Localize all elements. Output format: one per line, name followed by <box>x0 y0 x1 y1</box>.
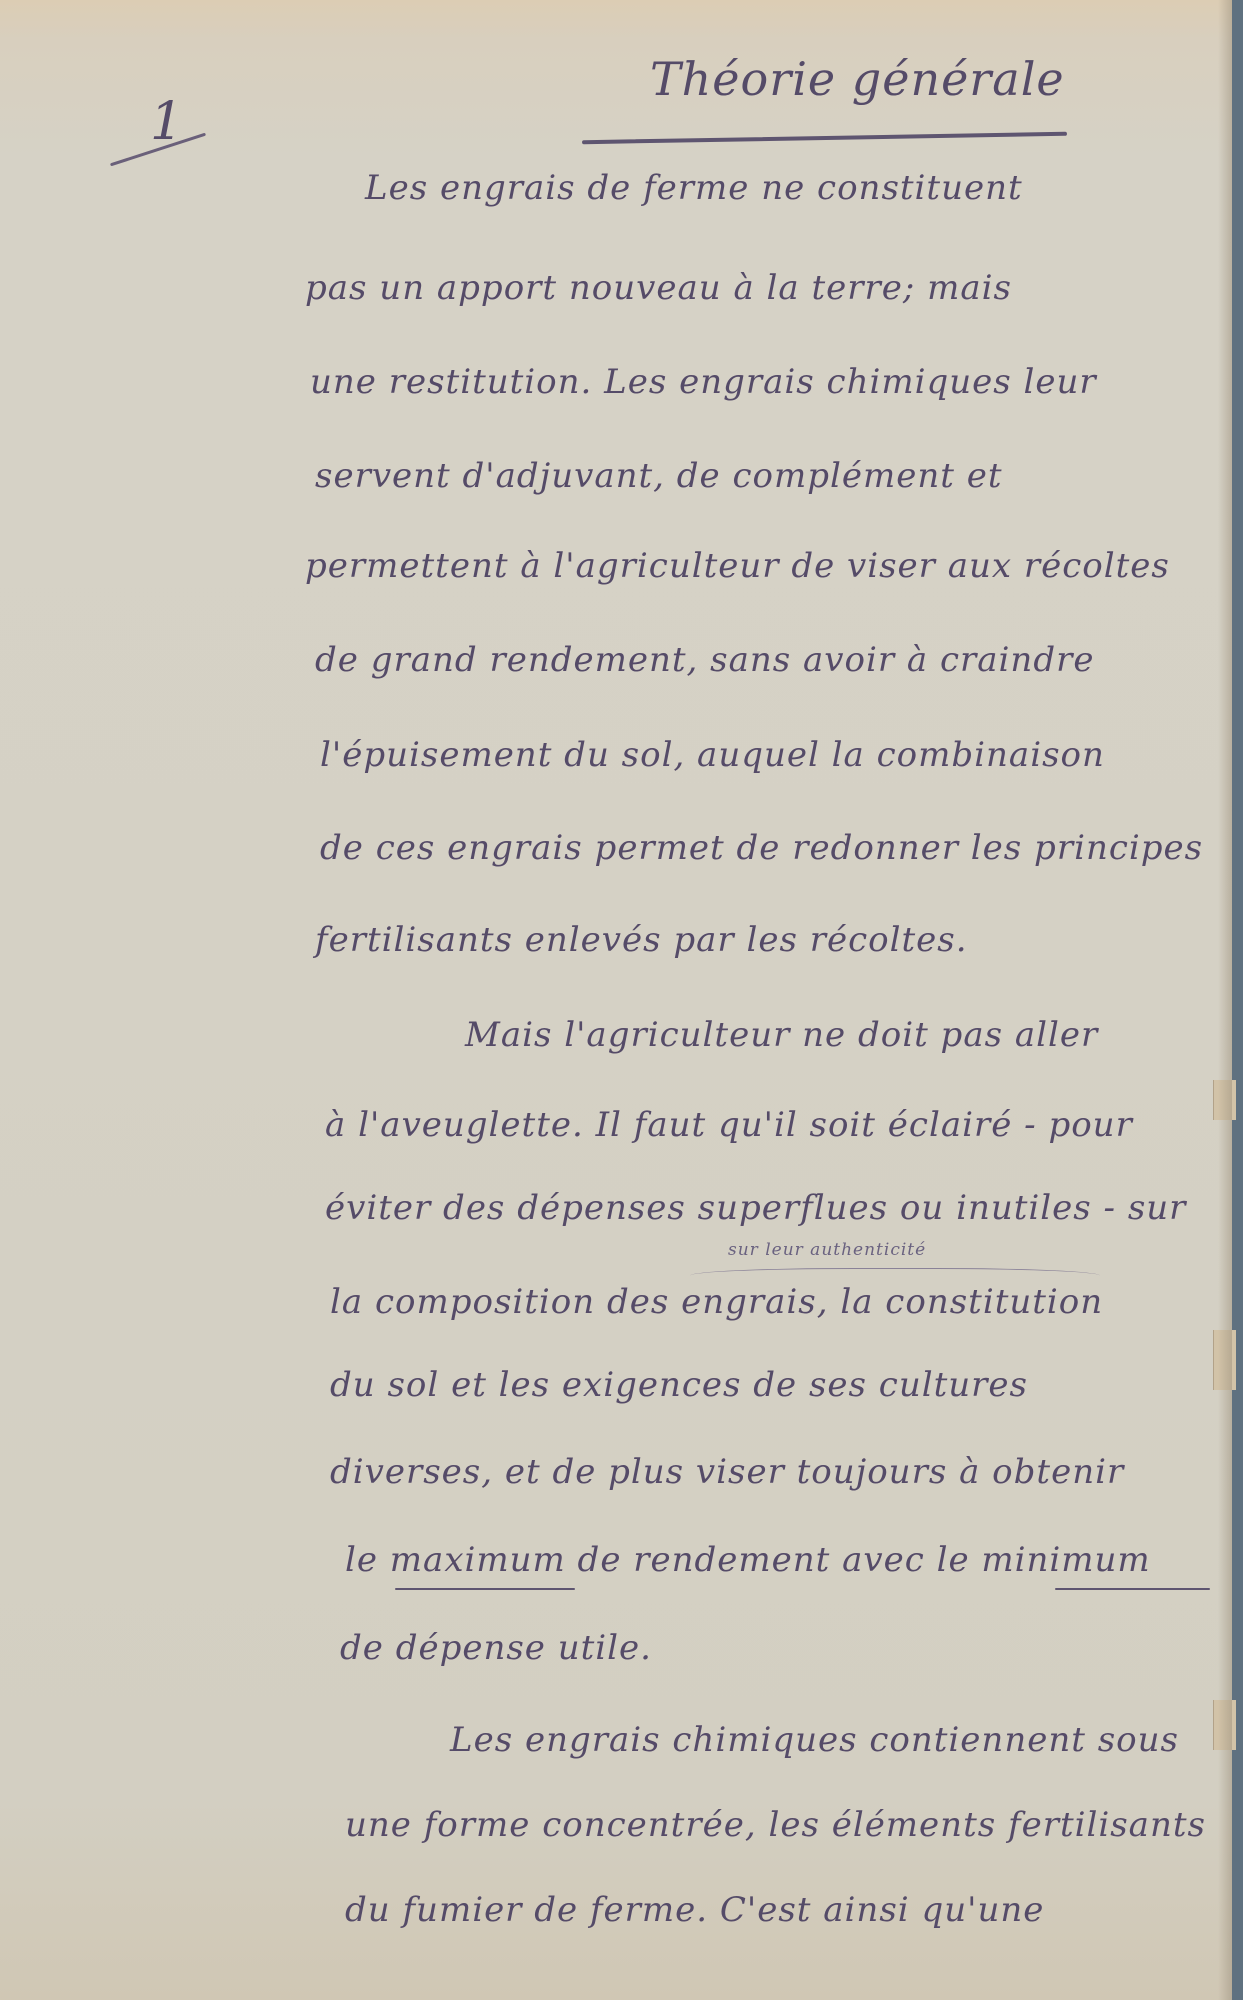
text-line: Les engrais chimiques contiennent sous <box>450 1720 1179 1760</box>
text-line: fertilisants enlevés par les récoltes. <box>315 920 968 960</box>
page-title: Théorie générale <box>650 52 1065 106</box>
text-line: servent d'adjuvant, de complément et <box>315 456 1002 496</box>
title-underline <box>582 132 1067 144</box>
manuscript-page: 1 Théorie générale Les engrais de ferme … <box>0 0 1232 2000</box>
text-line: de grand rendement, sans avoir à craindr… <box>315 640 1094 680</box>
text-line: de dépense utile. <box>340 1628 652 1668</box>
text-line: une restitution. Les engrais chimiques l… <box>310 362 1097 402</box>
interlinear-annotation: sur leur authenticité <box>728 1240 926 1260</box>
underline-maximum <box>395 1588 575 1590</box>
text-line: une forme concentrée, les éléments ferti… <box>345 1805 1206 1845</box>
text-line: diverses, et de plus viser toujours à ob… <box>330 1452 1124 1492</box>
text-line: à l'aveuglette. Il faut qu'il soit éclai… <box>325 1105 1133 1145</box>
text-line: permettent à l'agriculteur de viser aux … <box>305 546 1170 586</box>
text-line: pas un apport nouveau à la terre; mais <box>305 268 1012 308</box>
text-line: du fumier de ferme. C'est ainsi qu'une <box>345 1890 1044 1930</box>
text-line: Les engrais de ferme ne constituent <box>365 168 1023 208</box>
text-line: du sol et les exigences de ses cultures <box>330 1365 1028 1405</box>
text-line: l'épuisement du sol, auquel la combinais… <box>320 735 1105 775</box>
text-line: de ces engrais permet de redonner les pr… <box>320 828 1203 868</box>
paper-tear <box>1213 1330 1236 1390</box>
paper-tear <box>1213 1700 1236 1750</box>
text-line: Mais l'agriculteur ne doit pas aller <box>465 1015 1098 1055</box>
underline-minimum <box>1055 1588 1210 1590</box>
text-line: la composition des engrais, la constitut… <box>330 1282 1103 1322</box>
text-line: éviter des dépenses superflues ou inutil… <box>325 1188 1186 1228</box>
paper-tear <box>1213 1080 1236 1120</box>
text-line: le maximum de rendement avec le minimum <box>345 1540 1151 1580</box>
